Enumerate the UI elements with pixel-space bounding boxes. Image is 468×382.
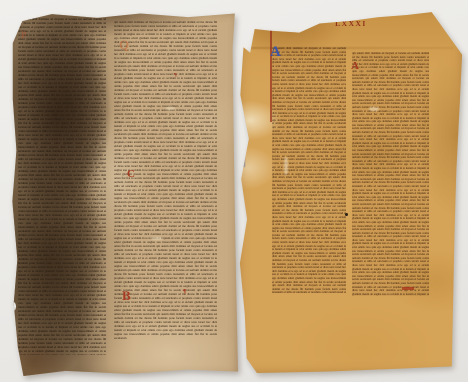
abrasion-fleck — [284, 157, 288, 175]
rubric-initial: A — [351, 61, 359, 72]
rubric-initial: Q — [119, 38, 129, 51]
illuminated-initial-blue: A — [270, 45, 281, 60]
rubric-initial: P — [21, 31, 27, 40]
rubric-paragraph-mark: ¶ — [183, 289, 186, 295]
left-leaf-parchment: qm autem dixit dominus ad moysen et locu… — [11, 12, 238, 376]
abrasion-fleck — [369, 107, 379, 111]
photo-background: qm autem dixit dominus ad moysen et locu… — [0, 0, 468, 382]
right-leaf-text-column-2: qm autem dixit dominus ad moysen et locu… — [352, 52, 429, 296]
right-leaf-parchment: LXXXI qm autem dixit dominus ad moysen e… — [239, 7, 463, 373]
right-manuscript-leaf: LXXXI qm autem dixit dominus ad moysen e… — [239, 7, 463, 373]
left-leaf-text-column-1: qm autem dixit dominus ad moysen et locu… — [18, 17, 106, 355]
red-rubric-word — [402, 287, 414, 290]
abrasion-fleck — [166, 107, 175, 110]
folio-number: LXXXI — [239, 19, 463, 28]
left-manuscript-leaf: qm autem dixit dominus ad moysen et locu… — [11, 12, 238, 376]
abrasion-fleck — [151, 237, 163, 240]
blue-pigment-trace — [242, 155, 245, 167]
wormhole — [11, 302, 16, 311]
ink-blot — [345, 213, 348, 216]
rubric-initial: B — [122, 289, 131, 302]
rubric-paragraph-mark: ¶ — [174, 73, 177, 78]
left-leaf-text-column-2: qm autem dixit dominus ad moysen et locu… — [114, 20, 217, 355]
rubric-initial: C — [127, 169, 135, 180]
